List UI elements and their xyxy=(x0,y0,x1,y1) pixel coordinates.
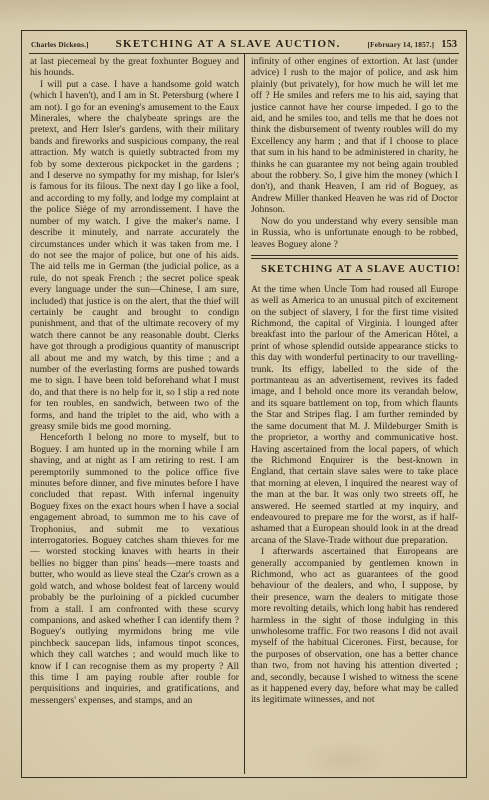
left-column: at last piecemeal by the great foxhunter… xyxy=(29,54,244,774)
paragraph: Henceforth I belong no more to myself, b… xyxy=(30,432,239,706)
running-header: Charles Dickens.] SKETCHING AT A SLAVE A… xyxy=(29,31,459,54)
paragraph: infinity of other engines of extortion. … xyxy=(251,56,458,216)
text-columns: at last piecemeal by the great foxhunter… xyxy=(29,54,459,774)
paragraph: I will put a case. I have a handsome gol… xyxy=(30,79,239,433)
running-head-right: [February 14, 1857.] 153 xyxy=(368,39,457,50)
right-column: infinity of other engines of extortion. … xyxy=(244,54,459,774)
section-divider-double-rule xyxy=(251,255,458,260)
page-number: 153 xyxy=(441,39,457,50)
paragraph: At the time when Uncle Tom had roused al… xyxy=(251,284,458,546)
running-head-date: [February 14, 1857.] xyxy=(368,41,435,49)
scanned-page: Charles Dickens.] SKETCHING AT A SLAVE A… xyxy=(0,0,489,800)
heading-underline-rule xyxy=(339,279,371,280)
running-head-title: SKETCHING AT A SLAVE AUCTION. xyxy=(116,38,341,50)
paragraph: Now do you understand why every sensible… xyxy=(251,216,458,250)
paragraph: I afterwards ascertained that Europeans … xyxy=(251,546,458,706)
running-head-author: Charles Dickens.] xyxy=(31,41,89,49)
paragraph: at last piecemeal by the great foxhunter… xyxy=(30,56,239,79)
paper-aging-top xyxy=(0,0,489,26)
page-border-frame: Charles Dickens.] SKETCHING AT A SLAVE A… xyxy=(21,30,467,778)
section-heading: SKETCHING AT A SLAVE AUCTION. xyxy=(251,264,458,275)
